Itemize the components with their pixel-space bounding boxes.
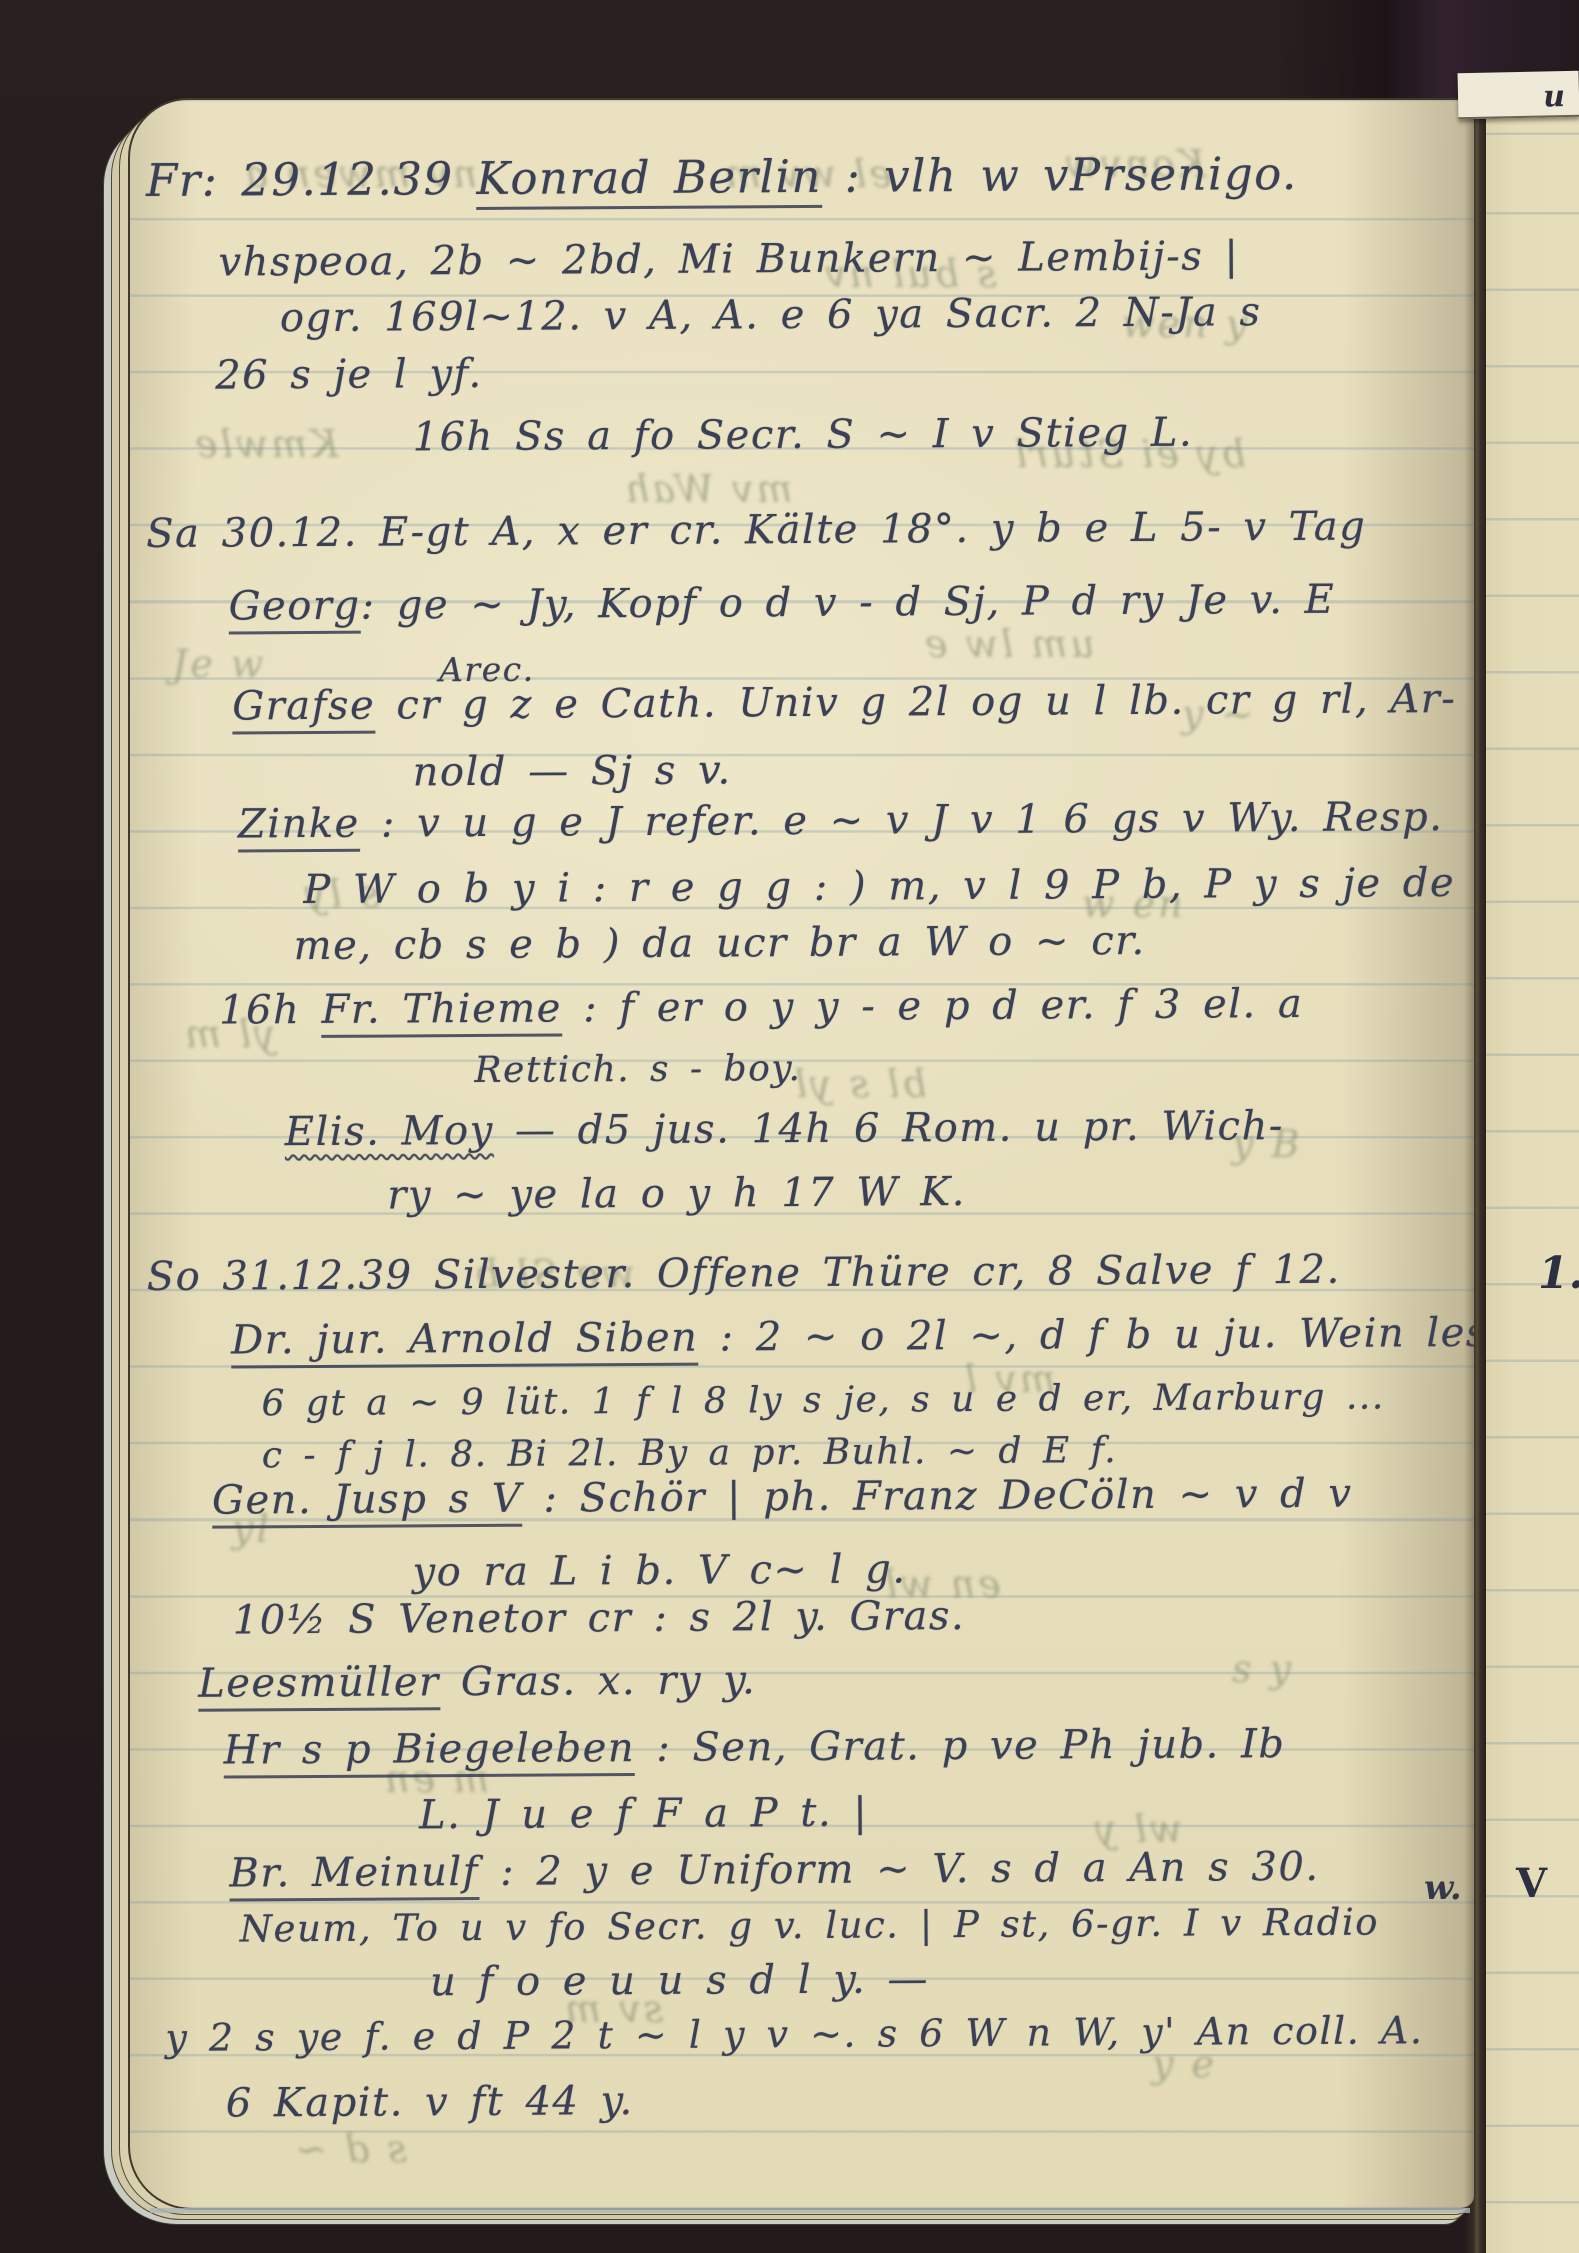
handwriting-line: 16h Ss a fo Secr. S ~ I v Stieg L. [412,410,1193,461]
underlined-name: Fr. Thieme [321,985,562,1037]
facing-ruled-lines [1486,108,1579,2253]
handwriting-line: Gen. Jusp s V : Schör | ph. Franz DeCöln… [212,1471,1353,1524]
handwriting-line: 16h Fr. Thieme : f er o y y - e p d er. … [219,981,1303,1034]
handwriting-line: Fr: 29.12.39 Konrad Berlin : vlh w vPrse… [146,147,1298,207]
handwriting-text: : f er o y y - e p d er. f 3 el. a [562,981,1304,1032]
handwriting-text: nold — Sj s v. [413,747,732,795]
facing-page-number: 1. [1538,1248,1579,1299]
handwriting-line: vhspeoa, 2b ~ 2bd, Mi Bunkern ~ Lembij-s… [218,233,1239,285]
handwriting-line: nold — Sj s v. [413,747,732,795]
handwriting-line: So 31.12.39 Silvester. Offene Thüre cr, … [147,1247,1341,1300]
handwriting-text: cr g z e Cath. Univ g 2l og u l lb. cr g… [375,676,1456,729]
handwriting-line: c - f j l. 8. Bi 2l. By a pr. Buhl. ~ d … [262,1430,1118,1476]
handwriting-text: — d5 jus. 14h 6 Rom. u pr. Wich- [494,1103,1284,1154]
handwriting-text: : Sen, Grat. p ve Ph jub. Ib [635,1721,1286,1771]
handwriting-layer: Fr: 29.12.39 Konrad Berlin : vlh w vPrse… [128,98,1474,2210]
handwriting-line: y 2 s ye f. e d P 2 t ~ l y v ~. s 6 W n… [165,2008,1423,2060]
underlined-name: Zinke [238,801,360,853]
gutter-ink-mark: w. [1424,1868,1462,1908]
handwriting-line: Grafse cr g z e Cath. Univ g 2l og u l l… [232,676,1456,729]
handwriting-text: So 31.12.39 Silvester. Offene Thüre cr, … [147,1247,1341,1300]
handwriting-line: Rettich. s - boy. [474,1048,801,1091]
handwriting-line: Br. Meinulf : 2 y e Uniform ~ V. s d a A… [229,1844,1319,1897]
handwriting-line: u f o e u u s d l y. — [430,1956,929,2005]
handwriting-line: ry ~ ye la o y h 17 W K. [387,1169,966,1219]
underlined-name: Konrad Berlin [476,150,822,210]
facing-page-top-edge: u [1458,71,1579,120]
handwriting-text: Sa 30.12. E-gt A, x er cr. Kälte 18°. y … [146,504,1366,557]
facing-page-sliver: 1. V [1486,108,1579,2253]
handwriting-line: 6 gt a ~ 9 lüt. 1 f l 8 ly s je, s u e d… [261,1376,1384,1424]
underlined-name: Georg [229,583,361,635]
handwriting-line: 6 Kapit. v ft 44 y. [226,2078,634,2126]
handwriting-line: Hr s p Biegeleben : Sen, Grat. p ve Ph j… [223,1721,1285,1773]
handwriting-line: Neum, To u v fo Secr. g v. luc. | P st, … [240,1900,1380,1950]
diary-photo-backdrop: nv mwen ael wv mKonvws bul nvwen yKmwlem… [0,0,1579,2253]
handwriting-text: c - f j l. 8. Bi 2l. By a pr. Buhl. ~ d … [262,1430,1118,1476]
handwriting-text: ry ~ ye la o y h 17 W K. [387,1169,966,1219]
notebook-page: nv mwen ael wv mKonvws bul nvwen yKmwlem… [128,98,1474,2210]
handwriting-text: Rettich. s - boy. [474,1048,801,1091]
handwriting-text: 16h Ss a fo Secr. S ~ I v Stieg L. [412,410,1193,461]
underlined-name: Hr s p Biegeleben [223,1725,635,1779]
handwriting-text: Gras. x. ry y. [440,1657,757,1705]
handwriting-text: 6 Kapit. v ft 44 y. [226,2078,634,2126]
handwriting-text: me, cb s e b ) da ucr br a W o ~ cr. [294,918,1146,969]
handwriting-text: : 2 y e Uniform ~ V. s d a An s 30. [479,1844,1320,1895]
handwriting-line: Leesmüller Gras. x. ry y. [198,1657,756,1706]
handwriting-text: : Schör | ph. Franz DeCöln ~ v d v [522,1471,1353,1522]
underlined-name: Gen. Jusp s V [212,1476,522,1529]
corner-ink-mark: u [1543,79,1566,114]
facing-check-mark: V [1516,1860,1547,1907]
handwriting-line: L. J u e f F a P t. | [419,1790,869,1839]
handwriting-line: Elis. Moy — d5 jus. 14h 6 Rom. u pr. Wic… [285,1103,1284,1155]
book-gutter-fold [1464,96,1488,2253]
page-bottom-edge [150,2208,1470,2213]
handwriting-line: ogr. 169l~12. v A, A. e 6 ya Sacr. 2 N-J… [280,289,1262,341]
handwriting-line: Dr. jur. Arnold Siben : 2 ~ o 2l ~, d f … [231,1310,1474,1364]
handwriting-line: me, cb s e b ) da ucr br a W o ~ cr. [294,918,1146,969]
handwriting-text: vhspeoa, 2b ~ 2bd, Mi Bunkern ~ Lembij-s… [218,233,1239,285]
handwriting-text: P W o b y i : r e g g : ) m, v l 9 P b, … [303,860,1455,913]
underlined-name: Dr. jur. Arnold Siben [231,1315,699,1369]
handwriting-text: : vlh w vPrsenigo. [822,147,1298,203]
handwriting-line: 26 s je l yf. [215,351,483,399]
handwriting-line: Sa 30.12. E-gt A, x er cr. Kälte 18°. y … [146,504,1366,557]
handwriting-text: 6 gt a ~ 9 lüt. 1 f l 8 ly s je, s u e d… [261,1376,1384,1424]
handwriting-text: L. J u e f F a P t. | [419,1790,869,1839]
handwriting-text: : ge ~ Jy, Kopf o d v - d Sj, P d ry Je … [360,577,1335,629]
handwriting-line: Georg: ge ~ Jy, Kopf o d v - d Sj, P d r… [229,577,1336,630]
handwriting-text: ogr. 169l~12. v A, A. e 6 ya Sacr. 2 N-J… [280,289,1262,341]
handwriting-text: : v u g e J refer. e ~ v J v 1 6 gs v Wy… [360,794,1444,847]
handwriting-text: 26 s je l yf. [215,351,483,399]
handwriting-text: y 2 s ye f. e d P 2 t ~ l y v ~. s 6 W n… [165,2008,1423,2060]
handwriting-text: Neum, To u v fo Secr. g v. luc. | P st, … [240,1900,1380,1950]
handwriting-text: : 2 ~ o 2l ~, d f b u ju. Wein lese [698,1310,1474,1361]
underlined-name: Grafse [232,683,375,735]
handwriting-line: Zinke : v u g e J refer. e ~ v J v 1 6 g… [238,794,1444,847]
handwriting-text: 10½ S Venetor cr : s 2l y. Gras. [233,1593,966,1643]
handwriting-line: 10½ S Venetor cr : s 2l y. Gras. [233,1593,966,1643]
underlined-name: Elis. Moy [285,1108,494,1155]
handwriting-text: Fr: 29.12.39 [146,152,477,207]
underlined-name: Leesmüller [198,1659,440,1711]
handwriting-line: P W o b y i : r e g g : ) m, v l 9 P b, … [303,860,1455,913]
underlined-name: Br. Meinulf [229,1849,479,1902]
handwriting-text: yo ra L i b. V c~ l g. [412,1546,906,1595]
handwriting-text: 16h [219,987,322,1034]
handwriting-text: u f o e u u s d l y. — [430,1956,929,2005]
handwriting-line: yo ra L i b. V c~ l g. [412,1546,906,1595]
